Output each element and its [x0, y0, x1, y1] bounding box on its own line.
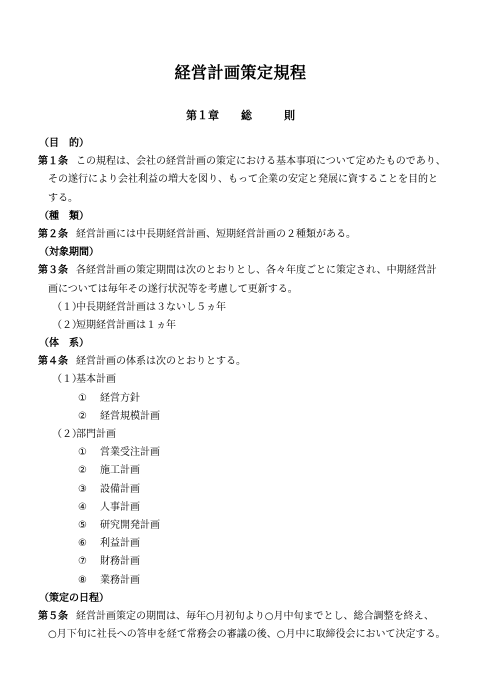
list-item-text: 設備計画	[100, 484, 140, 495]
chapter-name-part1: 総	[241, 109, 252, 122]
section-heading-schedule: （策定の日程）	[39, 590, 448, 608]
article-2-label: 第２条	[38, 229, 68, 240]
item-number: （１）	[52, 299, 76, 317]
circled-number: ①	[78, 390, 100, 408]
article-1-label: 第１条	[38, 156, 68, 167]
list-item: ⑥利益計画	[38, 535, 448, 553]
article-4-group-2: （２）部門計画	[38, 426, 448, 444]
document-title: 経営計画策定規程	[0, 60, 481, 83]
article-3-text-line2: 画については毎年その遂行状況等を考慮して更新する。	[38, 281, 448, 299]
list-item-text: 業務計画	[100, 575, 140, 586]
list-item: ⑦財務計画	[38, 553, 448, 571]
list-item: ①営業受注計画	[38, 444, 448, 462]
article-5-text-line2: ○月下旬に社長への答申を経て常務会の審議の後、○月中に取締役会において決定する。	[38, 626, 448, 644]
section-heading-types: （種 類）	[39, 208, 448, 226]
circled-number: ①	[78, 444, 100, 462]
list-item: ⑤研究開発計画	[38, 517, 448, 535]
circled-number: ②	[78, 408, 100, 426]
circled-number: ⑤	[78, 517, 100, 535]
list-item: ②経営規模計画	[38, 408, 448, 426]
list-item-text: 利益計画	[100, 538, 140, 549]
article-3-item-1: （１）中長期経営計画は３ないし５ヵ年	[38, 299, 448, 317]
document-page: 経営計画策定規程 第１章総則 （目 的） 第１条この規程は、会社の経営計画の策定…	[0, 0, 481, 687]
list-item-text: 研究開発計画	[100, 520, 160, 531]
chapter-heading: 第１章総則	[0, 107, 481, 123]
article-1-text-line3: する。	[38, 190, 448, 208]
article-5: 第５条経営計画策定の期間は、毎年○月初旬より○月中旬までとし、総合調整を終え、	[38, 608, 448, 626]
document-body: （目 的） 第１条この規程は、会社の経営計画の策定における基本事項について定めた…	[38, 135, 448, 644]
list-item: ①経営方針	[38, 390, 448, 408]
circled-number: ⑥	[78, 535, 100, 553]
circled-number: ③	[78, 481, 100, 499]
article-2-text-line1: 経営計画には中長期経営計画、短期経営計画の２種類がある。	[76, 229, 356, 240]
list-item-text: 経営規模計画	[100, 411, 160, 422]
article-2: 第２条経営計画には中長期経営計画、短期経営計画の２種類がある。	[38, 226, 448, 244]
article-3-item-2: （２）短期経営計画は１ヵ年	[38, 317, 448, 335]
chapter-name-part2: 則	[284, 109, 295, 122]
article-1: 第１条この規程は、会社の経営計画の策定における基本事項について定めたものであり、	[38, 153, 448, 171]
group-number: （１）	[52, 371, 76, 389]
article-4: 第４条経営計画の体系は次のとおりとする。	[38, 353, 448, 371]
group-text: 基本計画	[76, 374, 116, 385]
list-item: ③設備計画	[38, 481, 448, 499]
circled-number: ②	[78, 462, 100, 480]
item-text: 短期経営計画は１ヵ年	[76, 320, 176, 331]
article-3: 第３条各経営計画の策定期間は次のとおりとし、各々年度ごとに策定され、中期経営計	[38, 262, 448, 280]
list-item-text: 営業受注計画	[100, 447, 160, 458]
article-4-label: 第４条	[38, 356, 68, 367]
section-heading-purpose: （目 的）	[39, 135, 448, 153]
list-item: ②施工計画	[38, 462, 448, 480]
circled-number: ⑧	[78, 572, 100, 590]
list-item-text: 経営方針	[100, 393, 140, 404]
group-number: （２）	[52, 426, 76, 444]
article-4-group-1: （１）基本計画	[38, 371, 448, 389]
group-text: 部門計画	[76, 429, 116, 440]
article-3-text-line1: 各経営計画の策定期間は次のとおりとし、各々年度ごとに策定され、中期経営計	[76, 265, 437, 276]
article-5-text-line1: 経営計画策定の期間は、毎年○月初旬より○月中旬までとし、総合調整を終え、	[76, 611, 434, 622]
chapter-number: 第１章	[186, 109, 219, 122]
list-item-text: 財務計画	[100, 556, 140, 567]
list-item-text: 人事計画	[100, 502, 140, 513]
item-number: （２）	[52, 317, 76, 335]
section-heading-structure: （体 系）	[39, 335, 448, 353]
article-1-text-line1: この規程は、会社の経営計画の策定における基本事項について定めたものであり、	[76, 156, 446, 167]
item-text: 中長期経営計画は３ないし５ヵ年	[76, 302, 226, 313]
section-heading-period: （対象期間）	[39, 244, 448, 262]
article-5-label: 第５条	[38, 611, 68, 622]
list-item: ④人事計画	[38, 499, 448, 517]
article-4-text-line1: 経営計画の体系は次のとおりとする。	[76, 356, 246, 367]
list-item: ⑧業務計画	[38, 572, 448, 590]
list-item-text: 施工計画	[100, 465, 140, 476]
circled-number: ⑦	[78, 553, 100, 571]
article-3-label: 第３条	[38, 265, 68, 276]
circled-number: ④	[78, 499, 100, 517]
article-1-text-line2: その遂行により会社利益の増大を図り、もって企業の安定と発展に資することを目的と	[38, 171, 448, 189]
